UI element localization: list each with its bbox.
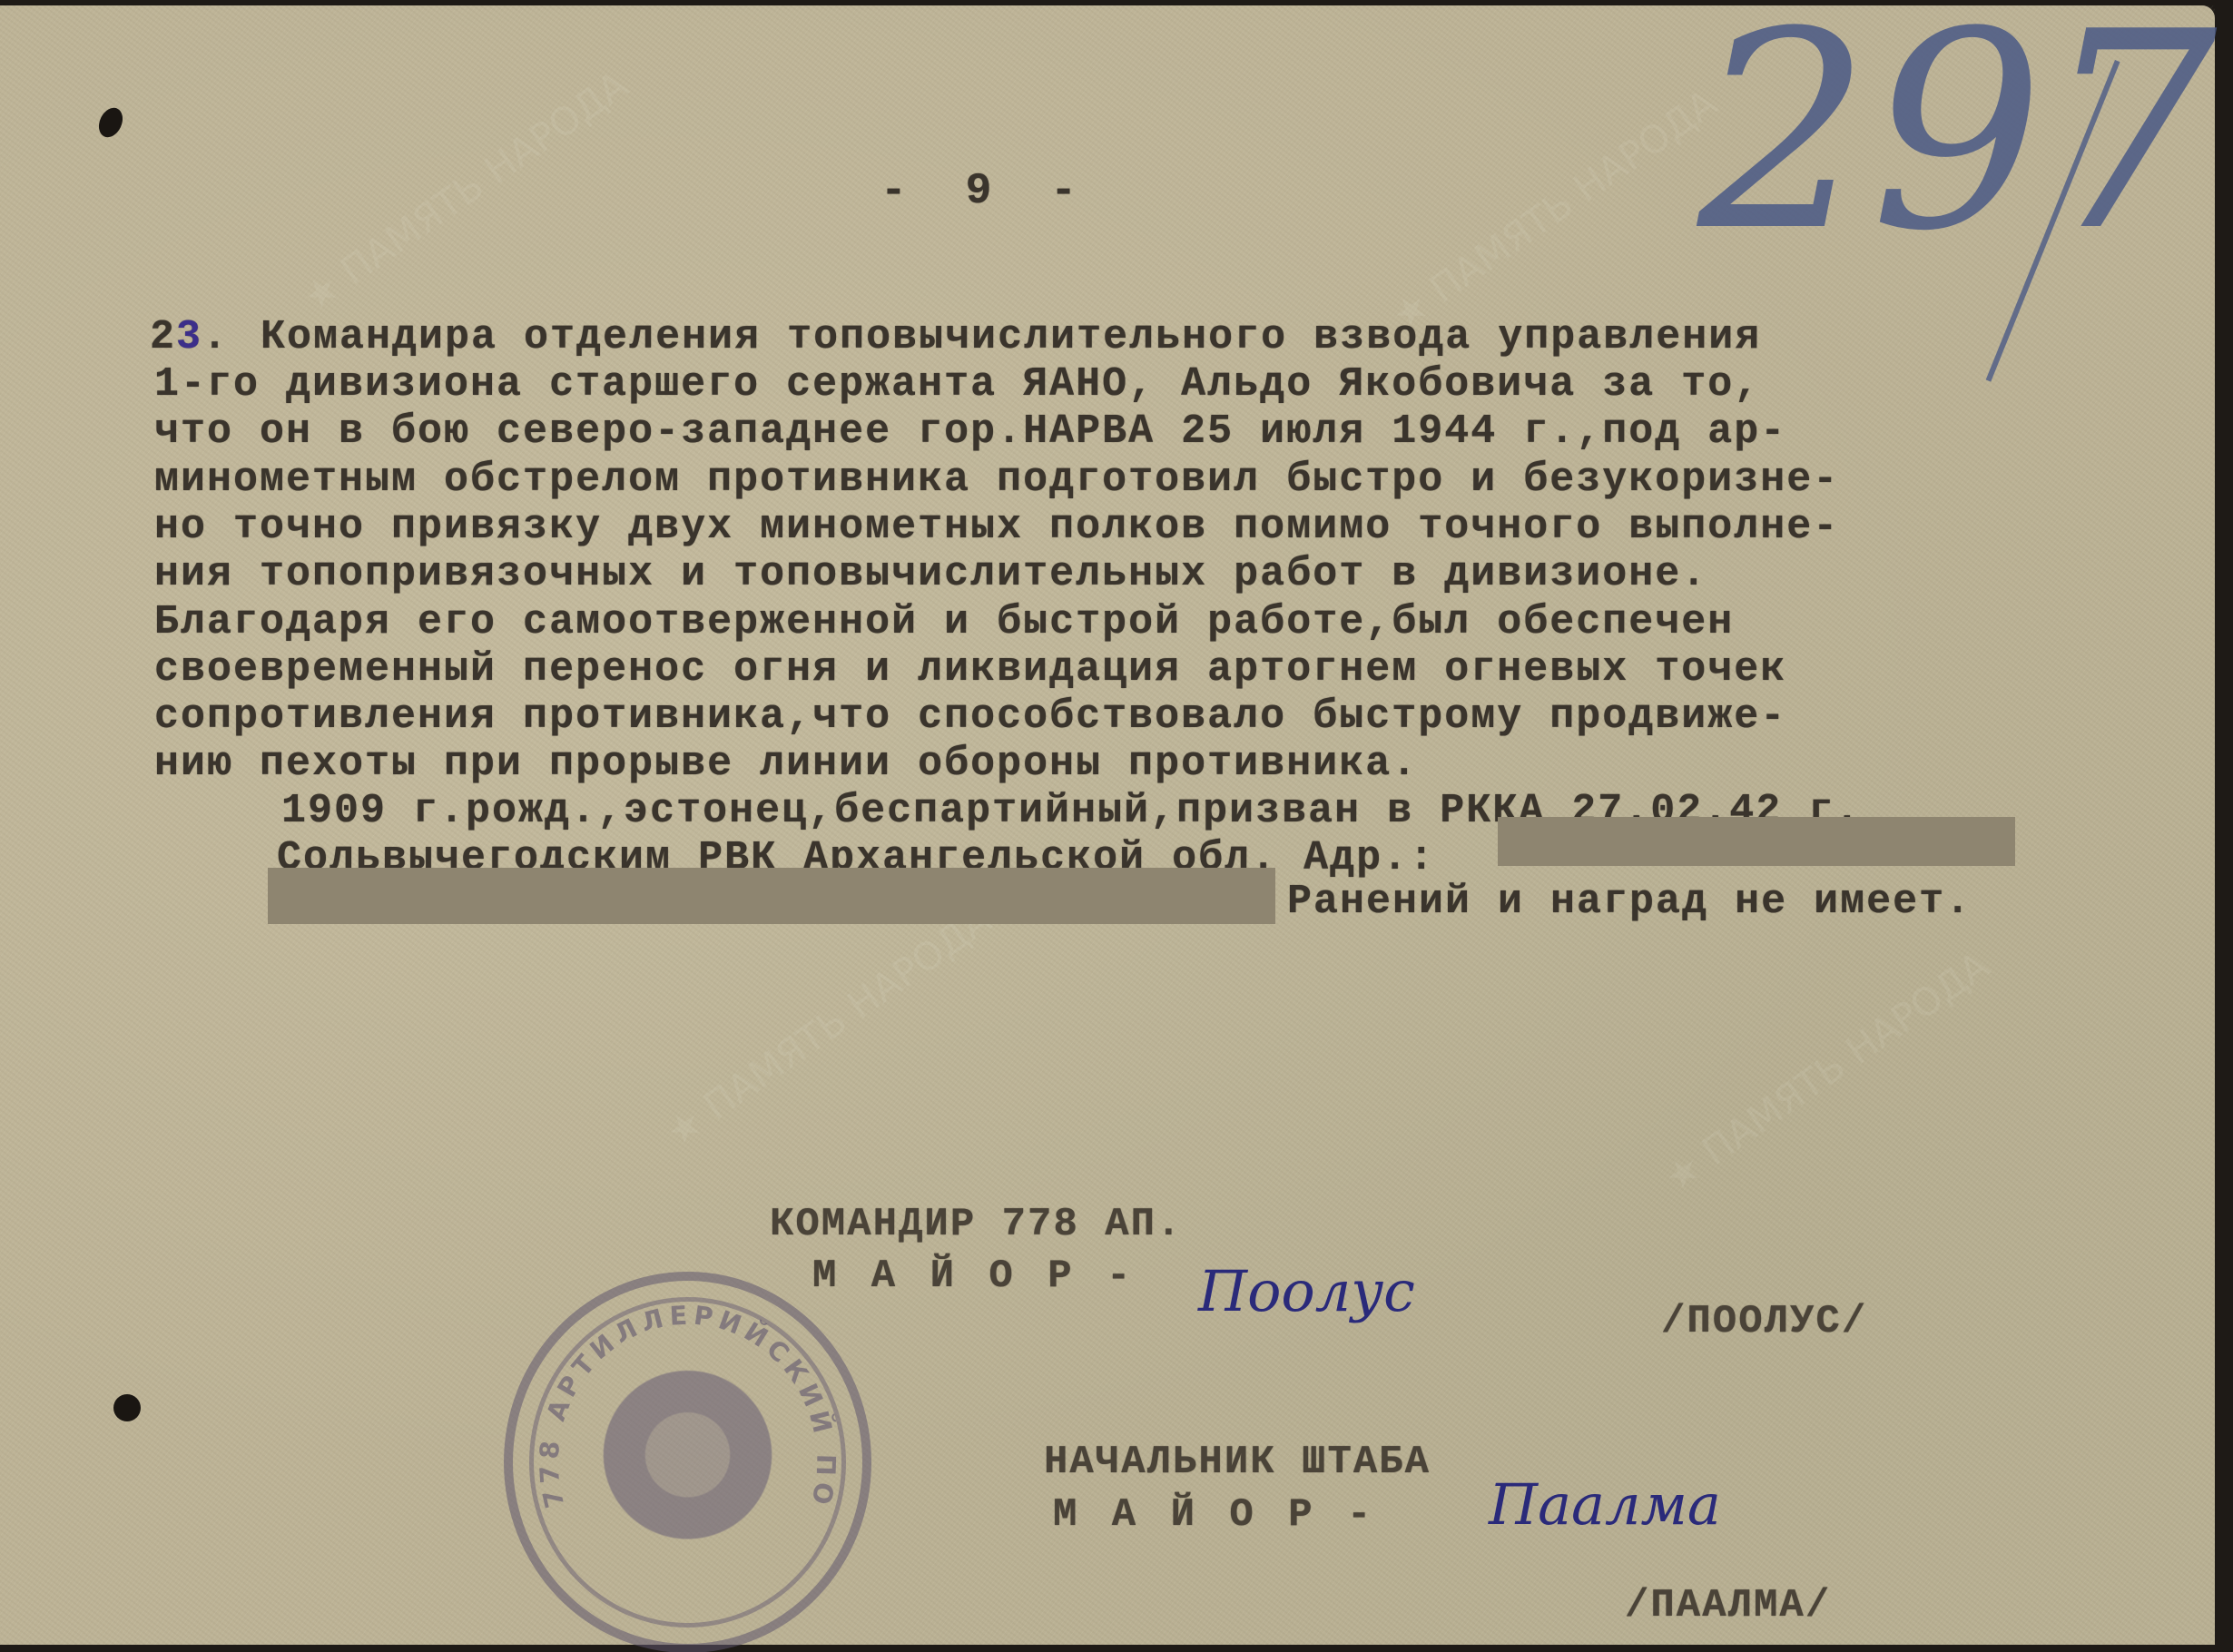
commander-signature: Поолус: [1198, 1258, 1415, 1324]
watermark: ★ ПАМЯТЬ НАРОДА: [1656, 943, 1997, 1201]
paragraph-line: сопротивления противника,что способствов…: [154, 693, 1786, 741]
item-number-dot: .: [202, 314, 229, 360]
redaction-box-address: [268, 868, 1275, 924]
bio-line: Ранений и наград не имеет.: [1287, 879, 1972, 926]
paragraph-line: 1-го дивизиона старшего сержанта ЯАНО, А…: [154, 361, 1760, 408]
commander-title: КОМАНДИР 778 АП.: [770, 1202, 1182, 1247]
item-number: 23.: [150, 314, 229, 361]
item-number-digit: 2: [150, 314, 176, 360]
paragraph-line: что он в бою северо-западнее гор.НАРВА 2…: [154, 408, 1786, 456]
paragraph-line: нию пехоты при прорыве линии обороны про…: [154, 741, 1418, 788]
watermark: ★ ПАМЯТЬ НАРОДА: [294, 63, 635, 320]
document-page: ★ ПАМЯТЬ НАРОДА ★ ПАМЯТЬ НАРОДА ★ ПАМЯТЬ…: [0, 5, 2215, 1645]
regiment-seal-stamp: 778 АРТИЛЛЕРИЙСКИЙ ПОЛК: [504, 1272, 871, 1652]
paragraph-line: Командира отделения топовычислительного …: [234, 314, 1761, 361]
watermark: ★ ПАМЯТЬ НАРОДА: [1383, 81, 1725, 339]
chief-of-staff-name: /ПААЛМА/: [1625, 1583, 1831, 1628]
svg-text:778 АРТИЛЛЕРИЙСКИЙ ПОЛК: 778 АРТИЛЛЕРИЙСКИЙ ПОЛК: [513, 1281, 841, 1512]
stamp-text: 778 АРТИЛЛЕРИЙСКИЙ ПОЛК: [513, 1281, 862, 1644]
item-number-ink-digit: 3: [176, 314, 202, 360]
archive-number-pencil: 297: [1697, 0, 2218, 269]
commander-rank: М А Й О Р -: [812, 1254, 1136, 1299]
commander-name: /ПООЛУС/: [1661, 1299, 1867, 1344]
paragraph-line: минометным обстрелом противника подготов…: [154, 457, 1839, 504]
punch-hole: [94, 104, 127, 142]
paragraph-line: ния топопривязочных и топовычислительных…: [154, 551, 1707, 598]
punch-hole: [113, 1394, 141, 1421]
chief-of-staff-title: НАЧАЛЬНИК ШТАБА: [1044, 1440, 1431, 1485]
chief-of-staff-signature: Паалма: [1489, 1471, 1721, 1538]
paragraph-line: своевременный перенос огня и ликвидация …: [154, 646, 1786, 693]
page-number: - 9 -: [880, 167, 1093, 216]
paragraph-line: но точно привязку двух минометных полков…: [154, 504, 1839, 551]
watermark: ★ ПАМЯТЬ НАРОДА: [657, 898, 998, 1155]
redaction-box-address: [1498, 817, 2015, 866]
paragraph-line: Благодаря его самоотверженной и быстрой …: [154, 599, 1734, 646]
chief-of-staff-rank: М А Й О Р -: [1053, 1492, 1376, 1538]
